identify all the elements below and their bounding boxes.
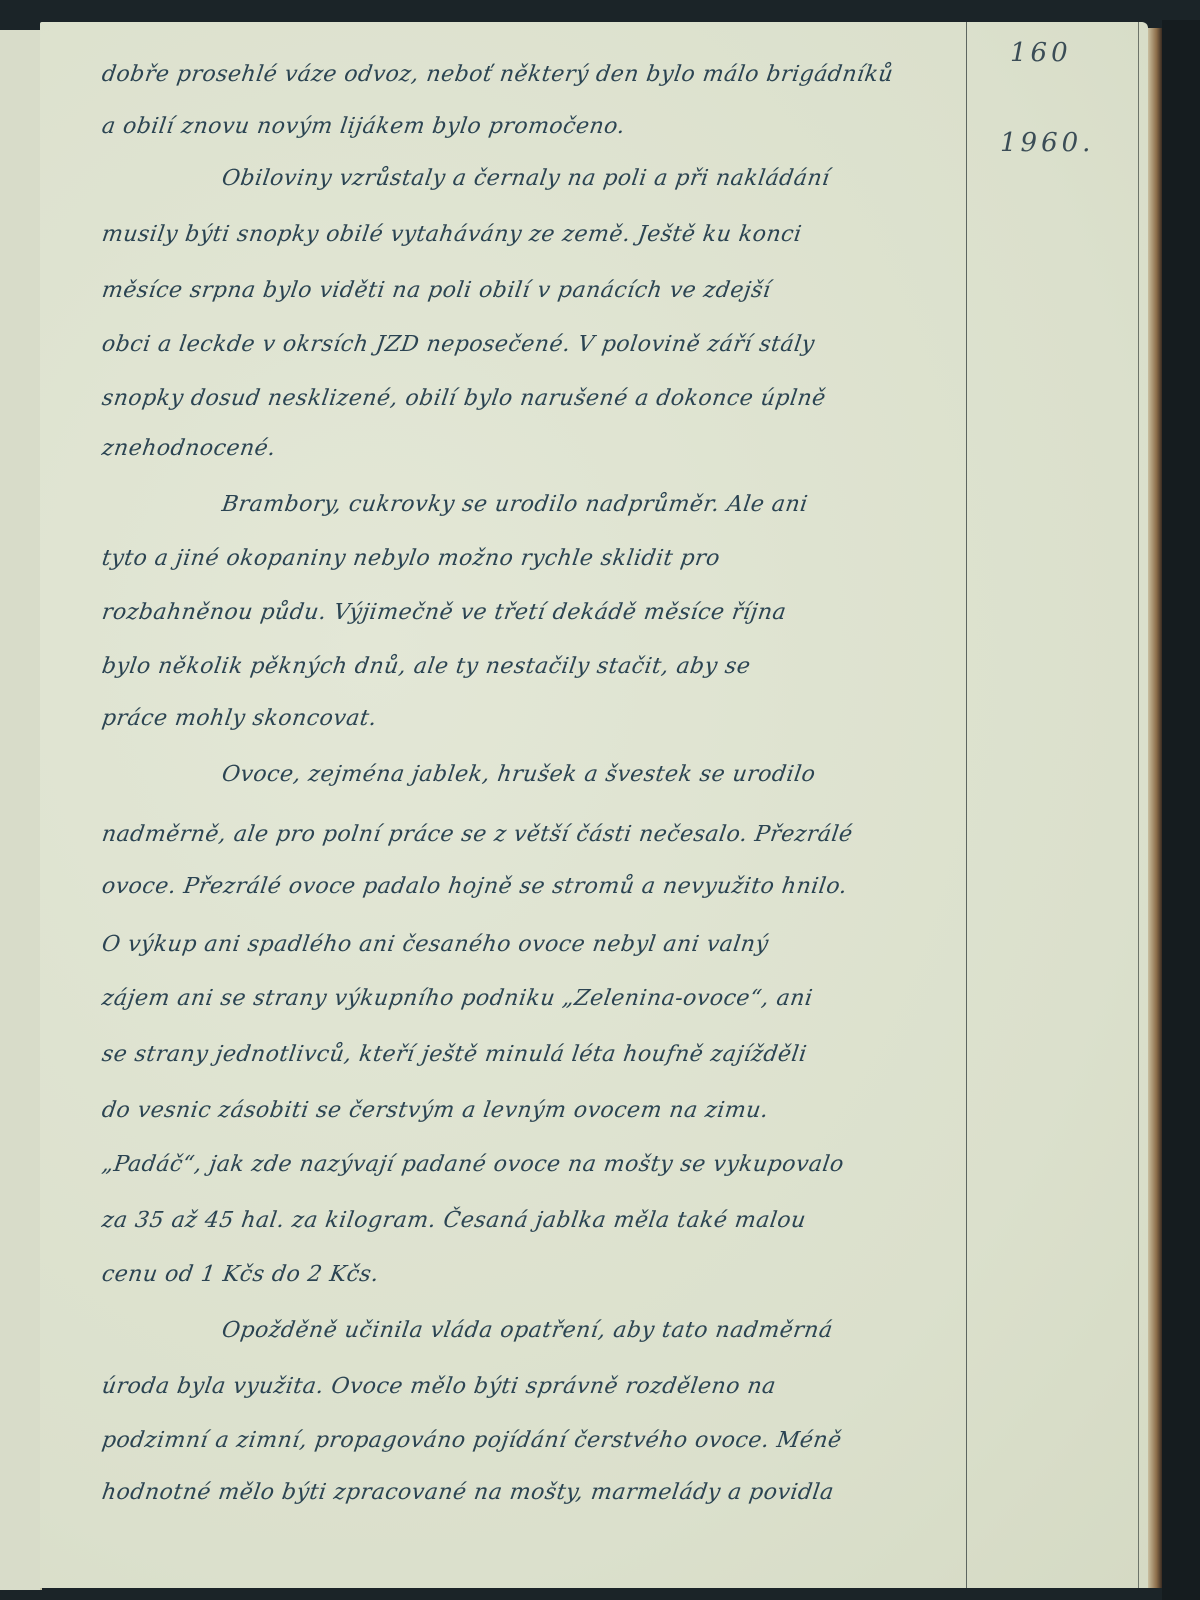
page-stack-edge	[1148, 28, 1162, 1588]
book-cover	[1162, 20, 1200, 1600]
text-line: zájem ani se strany výkupního podniku „Z…	[100, 986, 814, 1011]
ledger-book: 160 1960. dobře prosehlé váze odvoz, neb…	[0, 0, 1200, 1600]
text-line: a obilí znovu novým lijákem bylo promoče…	[100, 114, 627, 139]
text-line: Brambory, cukrovky se urodilo nadprůměr.…	[220, 492, 809, 517]
text-line: „Padáč“, jak zde nazývají padané ovoce n…	[100, 1152, 845, 1177]
text-line: nadměrně, ale pro polní práce se z větší…	[100, 822, 854, 847]
margin-rule-right	[1138, 22, 1139, 1588]
text-line: do vesnic zásobiti se čerstvým a levným …	[100, 1098, 770, 1123]
text-line: Ovoce, zejména jablek, hrušek a švestek …	[220, 762, 817, 787]
text-line: O výkup ani spadlého ani česaného ovoce …	[100, 932, 770, 957]
text-line: znehodnocené.	[100, 436, 277, 461]
text-line: ovoce. Přezrálé ovoce padalo hojně se st…	[100, 874, 849, 899]
text-line: podzimní a zimní, propagováno pojídání č…	[100, 1428, 843, 1453]
text-line: musily býti snopky obilé vytahávány ze z…	[100, 222, 803, 247]
page-number: 160	[1010, 38, 1072, 68]
text-line: cenu od 1 Kčs do 2 Kčs.	[100, 1262, 380, 1287]
text-line: dobře prosehlé váze odvoz, neboť některý…	[100, 62, 895, 87]
text-line: hodnotné mělo býti zpracované na mošty, …	[100, 1480, 835, 1505]
text-line: bylo několik pěkných dnů, ale ty nestači…	[100, 654, 752, 679]
text-line: úroda byla využita. Ovoce mělo býti sprá…	[100, 1374, 777, 1399]
text-line: za 35 až 45 hal. za kilogram. Česaná jab…	[100, 1208, 807, 1233]
left-page-edge	[0, 30, 42, 1590]
ledger-page	[40, 22, 1148, 1588]
text-line: se strany jednotlivců, kteří ještě minul…	[100, 1042, 808, 1067]
text-line: Obiloviny vzrůstaly a černaly na poli a …	[220, 166, 831, 191]
margin-rule-left	[966, 22, 967, 1588]
text-line: měsíce srpna bylo viděti na poli obilí v…	[100, 278, 772, 303]
year-note: 1960.	[1000, 128, 1094, 158]
text-line: rozbahněnou půdu. Výjimečně ve třetí dek…	[100, 600, 788, 625]
text-line: tyto a jiné okopaniny nebylo možno rychl…	[100, 546, 721, 571]
text-line: snopky dosud nesklizené, obilí bylo naru…	[100, 386, 827, 411]
text-line: práce mohly skoncovat.	[100, 706, 378, 731]
text-line: obci a leckde v okrsích JZD neposečené. …	[100, 332, 816, 357]
text-line: Opožděně učinila vláda opatření, aby tat…	[220, 1318, 834, 1343]
